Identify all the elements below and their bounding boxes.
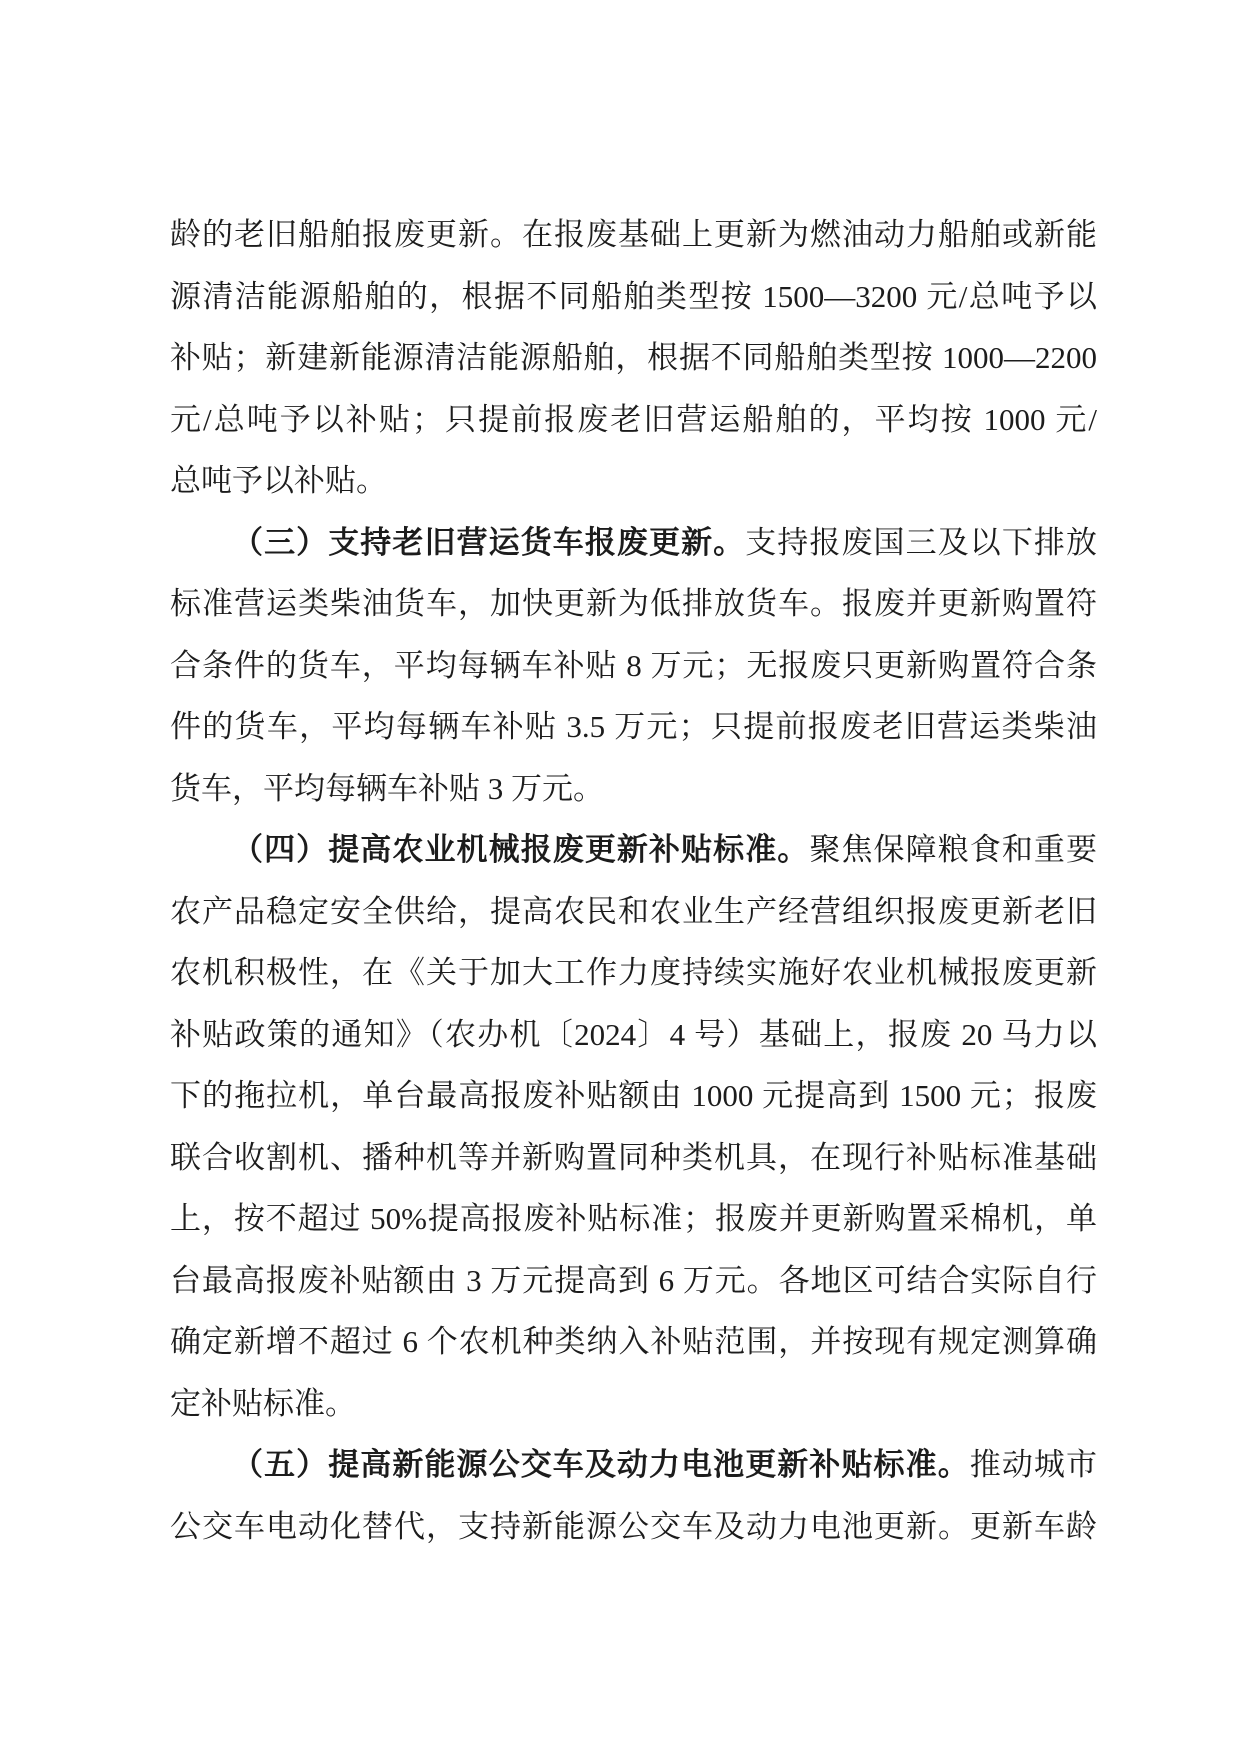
text-line: 补贴政策的通知》（农办机〔2024〕4 号）基础上，报废 20 马力以 [170,1004,1097,1066]
body-text: 聚焦保障粮食和重要 [809,832,1097,867]
body-text: 补贴；新建新能源清洁能源船舶，根据不同船舶类型按 1000—2200 [170,340,1097,375]
body-text: 总吨予以补贴。 [170,463,387,498]
body-text: 支持报废国三及以下排放 [745,525,1097,560]
body-text: 农产品稳定安全供给，提高农民和农业生产经营组织报废更新老旧 [170,894,1097,929]
document-page: 龄的老旧船舶报废更新。在报废基础上更新为燃油动力船舶或新能源清洁能源船舶的，根据… [0,0,1240,1753]
text-block: 龄的老旧船舶报废更新。在报废基础上更新为燃油动力船舶或新能源清洁能源船舶的，根据… [170,204,1097,1557]
body-text: 下的拖拉机，单台最高报废补贴额由 1000 元提高到 1500 元；报废 [170,1078,1097,1113]
body-text: 补贴政策的通知》（农办机〔2024〕4 号）基础上，报废 20 马力以 [170,1017,1097,1052]
body-text: 上，按不超过 50%提高报废补贴标准；报废并更新购置采棉机，单 [170,1201,1097,1236]
text-line: 台最高报废补贴额由 3 万元提高到 6 万元。各地区可结合实际自行 [170,1250,1097,1312]
text-line: 合条件的货车，平均每辆车补贴 8 万元；无报废只更新购置符合条 [170,635,1097,697]
text-line: 定补贴标准。 [170,1373,1097,1435]
body-text: 联合收割机、播种机等并新购置同种类机具，在现行补贴标准基础 [170,1140,1097,1175]
text-line: 标准营运类柴油货车，加快更新为低排放货车。报废并更新购置符 [170,573,1097,635]
text-line: 元/总吨予以补贴；只提前报废老旧营运船舶的，平均按 1000 元/ [170,389,1097,451]
text-line: 补贴；新建新能源清洁能源船舶，根据不同船舶类型按 1000—2200 [170,327,1097,389]
body-text: 龄的老旧船舶报废更新。在报废基础上更新为燃油动力船舶或新能 [170,217,1097,252]
body-text: 合条件的货车，平均每辆车补贴 8 万元；无报废只更新购置符合条 [170,648,1097,683]
clause-heading-text: （五）提高新能源公交车及动力电池更新补贴标准。 [232,1447,970,1482]
body-text: 推动城市 [970,1447,1097,1482]
text-line: 确定新增不超过 6 个农机种类纳入补贴范围，并按现有规定测算确 [170,1311,1097,1373]
clause-heading-text: （三）支持老旧营运货车报废更新。 [232,525,745,560]
text-line: （三）支持老旧营运货车报废更新。支持报废国三及以下排放 [170,512,1097,574]
body-text: 标准营运类柴油货车，加快更新为低排放货车。报废并更新购置符 [170,586,1097,621]
body-text: 件的货车，平均每辆车补贴 3.5 万元；只提前报废老旧营运类柴油 [170,709,1097,744]
text-line: 货车，平均每辆车补贴 3 万元。 [170,758,1097,820]
body-text: 源清洁能源船舶的，根据不同船舶类型按 1500—3200 元/总吨予以 [170,279,1097,314]
text-line: 农产品稳定安全供给，提高农民和农业生产经营组织报废更新老旧 [170,881,1097,943]
body-text: 确定新增不超过 6 个农机种类纳入补贴范围，并按现有规定测算确 [170,1324,1097,1359]
body-text: 货车，平均每辆车补贴 3 万元。 [170,771,604,806]
text-line: 上，按不超过 50%提高报废补贴标准；报废并更新购置采棉机，单 [170,1188,1097,1250]
text-line: 公交车电动化替代，支持新能源公交车及动力电池更新。更新车龄 [170,1496,1097,1558]
text-line: 龄的老旧船舶报废更新。在报废基础上更新为燃油动力船舶或新能 [170,204,1097,266]
text-line: （五）提高新能源公交车及动力电池更新补贴标准。推动城市 [170,1434,1097,1496]
text-line: 件的货车，平均每辆车补贴 3.5 万元；只提前报废老旧营运类柴油 [170,696,1097,758]
text-line: 下的拖拉机，单台最高报废补贴额由 1000 元提高到 1500 元；报废 [170,1065,1097,1127]
text-line: （四）提高农业机械报废更新补贴标准。聚焦保障粮食和重要 [170,819,1097,881]
body-text: 定补贴标准。 [170,1386,356,1421]
body-text: 台最高报废补贴额由 3 万元提高到 6 万元。各地区可结合实际自行 [170,1263,1097,1298]
text-line: 总吨予以补贴。 [170,450,1097,512]
text-line: 源清洁能源船舶的，根据不同船舶类型按 1500—3200 元/总吨予以 [170,266,1097,328]
text-line: 联合收割机、播种机等并新购置同种类机具，在现行补贴标准基础 [170,1127,1097,1189]
clause-heading-text: （四）提高农业机械报废更新补贴标准。 [232,832,809,867]
body-text: 公交车电动化替代，支持新能源公交车及动力电池更新。更新车龄 [170,1509,1097,1544]
text-line: 农机积极性，在《关于加大工作力度持续实施好农业机械报废更新 [170,942,1097,1004]
body-text: 农机积极性，在《关于加大工作力度持续实施好农业机械报废更新 [170,955,1097,990]
body-text: 元/总吨予以补贴；只提前报废老旧营运船舶的，平均按 1000 元/ [170,402,1097,437]
